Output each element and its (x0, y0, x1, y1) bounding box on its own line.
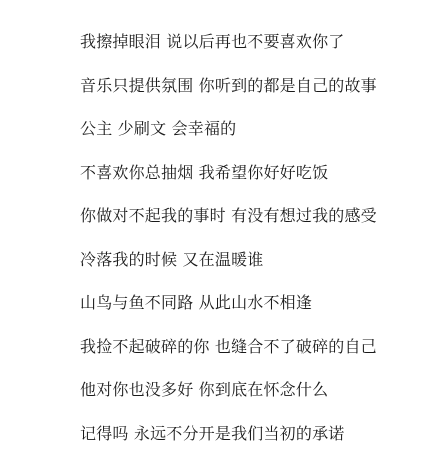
lyric-line: 我擦掉眼泪 说以后再也不要喜欢你了 (80, 33, 377, 77)
lyric-line: 不喜欢你总抽烟 我希望你好好吃饭 (80, 164, 377, 208)
lyric-line: 他对你也没多好 你到底在怀念什么 (80, 381, 377, 425)
lyric-line: 山鸟与鱼不同路 从此山水不相逢 (80, 294, 377, 338)
lyrics-list: 我擦掉眼泪 说以后再也不要喜欢你了 音乐只提供氛围 你听到的都是自己的故事 公主… (80, 33, 377, 462)
lyric-line: 冷落我的时候 又在温暖谁 (80, 251, 377, 295)
lyric-line: 我捡不起破碎的你 也缝合不了破碎的自己 (80, 338, 377, 382)
lyric-line: 记得吗 永远不分开是我们当初的承诺 (80, 425, 377, 462)
lyric-line: 音乐只提供氛围 你听到的都是自己的故事 (80, 77, 377, 121)
lyric-line: 你做对不起我的事时 有没有想过我的感受 (80, 207, 377, 251)
lyric-line: 公主 少刷文 会幸福的 (80, 120, 377, 164)
